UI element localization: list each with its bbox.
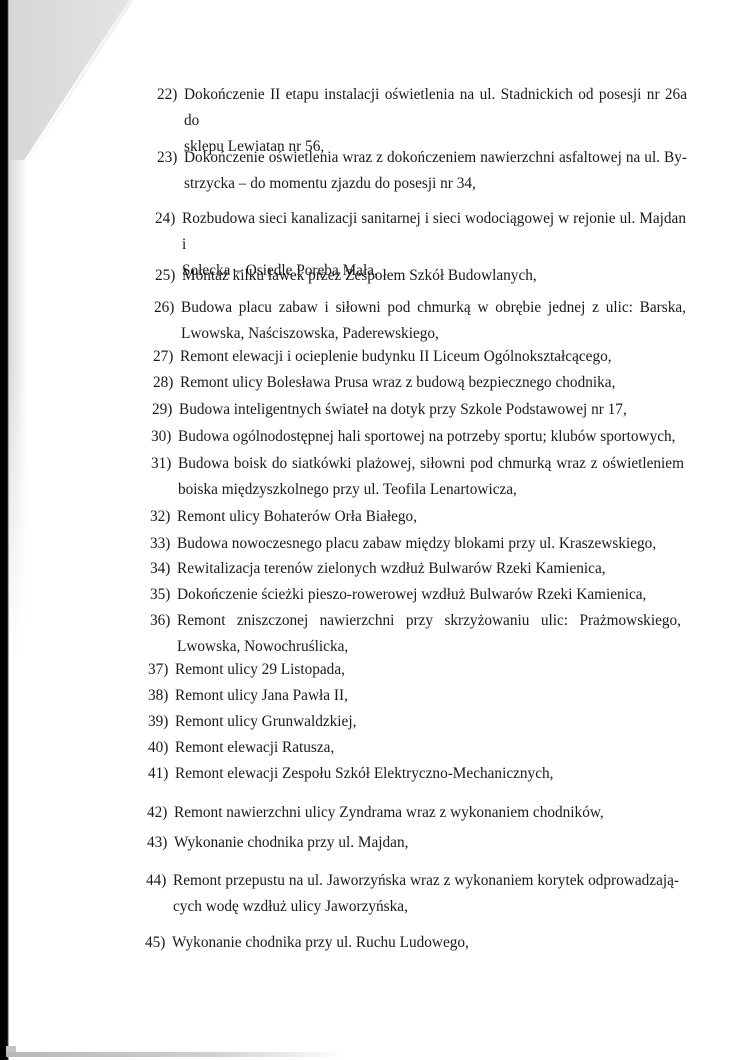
item-text-line: Budowa nowoczesnego placu zabaw między b… bbox=[177, 531, 657, 557]
item-number: 25) bbox=[155, 263, 175, 289]
list-item: 33)Budowa nowoczesnego placu zabaw międz… bbox=[150, 531, 657, 557]
item-number: 36) bbox=[150, 608, 170, 634]
item-text-line: Wykonanie chodnika przy ul. Majdan, bbox=[174, 830, 654, 856]
item-text: Remont ulicy Bohaterów Orła Białego, bbox=[177, 504, 657, 530]
item-text-line: Dokończenie II etapu instalacji oświetle… bbox=[184, 82, 687, 134]
item-number: 34) bbox=[150, 556, 170, 582]
item-text: Budowa ogólnodostępnej hali sportowej na… bbox=[178, 424, 658, 450]
list-item: 23)Dokończenie oświetlenia wraz z dokońc… bbox=[157, 145, 687, 197]
item-text-line: Remont ulicy 29 Listopada, bbox=[175, 657, 655, 683]
item-text-line: Montaż kilku ławek przez Zespołem Szkół … bbox=[182, 263, 642, 289]
item-text-line: Dokończenie ścieżki pieszo-rowerowej wzd… bbox=[177, 582, 657, 608]
item-text: Rewitalizacja terenów zielonych wzdłuż B… bbox=[177, 556, 657, 582]
item-number: 29) bbox=[152, 397, 172, 423]
item-text: Wykonanie chodnika przy ul. Majdan, bbox=[174, 830, 654, 856]
item-text-line: Remont ulicy Bohaterów Orła Białego, bbox=[177, 504, 657, 530]
list-item: 39)Remont ulicy Grunwaldzkiej, bbox=[148, 709, 655, 735]
item-text-continuation: boiska międzyszkolnego przy ul. Teofila … bbox=[178, 477, 684, 503]
list-item: 30)Budowa ogólnodostępnej hali sportowej… bbox=[151, 424, 658, 450]
item-number: 43) bbox=[147, 830, 167, 856]
item-text-continuation: cych wodę wzdłuż ulicy Jaworzyńska, bbox=[173, 894, 679, 920]
item-number: 35) bbox=[150, 582, 170, 608]
list-item: 44)Remont przepustu na ul. Jaworzyńska w… bbox=[146, 868, 679, 920]
item-number: 26) bbox=[154, 295, 174, 321]
item-text-line: Rewitalizacja terenów zielonych wzdłuż B… bbox=[177, 556, 657, 582]
item-text-line: Remont ulicy Bolesława Prusa wraz z budo… bbox=[180, 370, 660, 396]
item-text-line: Remont ulicy Jana Pawła II, bbox=[175, 683, 655, 709]
item-text: Remont ulicy Bolesława Prusa wraz z budo… bbox=[180, 370, 660, 396]
item-text: Budowa placu zabaw i siłowni pod chmurką… bbox=[181, 295, 686, 347]
item-text: Remont nawierzchni ulicy Zyndrama wraz z… bbox=[174, 800, 654, 826]
item-text-line: Remont elewacji Zespołu Szkół Elektryczn… bbox=[175, 761, 655, 787]
list-item: 37)Remont ulicy 29 Listopada, bbox=[148, 657, 655, 683]
item-text: Wykonanie chodnika przy ul. Ruchu Ludowe… bbox=[172, 930, 652, 956]
item-text-line: Rozbudowa sieci kanalizacji sanitarnej i… bbox=[182, 206, 686, 258]
item-number: 30) bbox=[151, 424, 171, 450]
item-text: Remont przepustu na ul. Jaworzyńska wraz… bbox=[173, 868, 679, 920]
list-item: 34)Rewitalizacja terenów zielonych wzdłu… bbox=[150, 556, 657, 582]
item-text: Remont zniszczonej nawierzchni przy skrz… bbox=[177, 608, 681, 660]
item-text: Dokończenie oświetlenia wraz z dokończen… bbox=[184, 145, 687, 197]
item-number: 45) bbox=[145, 930, 165, 956]
item-text-continuation: strzycka – do momentu zjazdu do posesji … bbox=[184, 171, 687, 197]
item-number: 24) bbox=[155, 206, 175, 232]
item-text-line: Remont elewacji i ocieplenie budynku II … bbox=[180, 344, 660, 370]
item-number: 39) bbox=[148, 709, 168, 735]
list-item: 41)Remont elewacji Zespołu Szkół Elektry… bbox=[148, 761, 655, 787]
list-item: 31)Budowa boisk do siatkówki plażowej, s… bbox=[151, 451, 684, 503]
item-text: Remont elewacji Ratusza, bbox=[175, 735, 655, 761]
item-number: 33) bbox=[150, 531, 170, 557]
item-text: Budowa nowoczesnego placu zabaw między b… bbox=[177, 531, 657, 557]
item-text: Montaż kilku ławek przez Zespołem Szkół … bbox=[182, 263, 642, 289]
list-item: 45)Wykonanie chodnika przy ul. Ruchu Lud… bbox=[145, 930, 652, 956]
item-number: 37) bbox=[148, 657, 168, 683]
list-item: 40)Remont elewacji Ratusza, bbox=[148, 735, 655, 761]
item-number: 28) bbox=[153, 370, 173, 396]
item-text-line: Budowa inteligentnych świateł na dotyk p… bbox=[179, 397, 659, 423]
item-number: 42) bbox=[147, 800, 167, 826]
item-text: Remont ulicy 29 Listopada, bbox=[175, 657, 655, 683]
item-text: Remont elewacji Zespołu Szkół Elektryczn… bbox=[175, 761, 655, 787]
item-text: Dokończenie ścieżki pieszo-rowerowej wzd… bbox=[177, 582, 657, 608]
item-number: 41) bbox=[148, 761, 168, 787]
item-text-line: Remont przepustu na ul. Jaworzyńska wraz… bbox=[173, 868, 679, 894]
item-number: 44) bbox=[146, 868, 166, 894]
item-number: 23) bbox=[157, 145, 177, 171]
item-text-line: Remont elewacji Ratusza, bbox=[175, 735, 655, 761]
item-text: Remont ulicy Jana Pawła II, bbox=[175, 683, 655, 709]
item-text-line: Dokończenie oświetlenia wraz z dokończen… bbox=[184, 145, 687, 171]
list-item: 35)Dokończenie ścieżki pieszo-rowerowej … bbox=[150, 582, 657, 608]
list-item: 32)Remont ulicy Bohaterów Orła Białego, bbox=[150, 504, 657, 530]
item-number: 27) bbox=[153, 344, 173, 370]
list-item: 28)Remont ulicy Bolesława Prusa wraz z b… bbox=[153, 370, 660, 396]
list-item: 25)Montaż kilku ławek przez Zespołem Szk… bbox=[155, 263, 642, 289]
item-text-line: Remont ulicy Grunwaldzkiej, bbox=[175, 709, 655, 735]
item-number: 31) bbox=[151, 451, 171, 477]
list-item: 38)Remont ulicy Jana Pawła II, bbox=[148, 683, 655, 709]
item-text: Budowa boisk do siatkówki plażowej, siło… bbox=[178, 451, 684, 503]
list-item: 43)Wykonanie chodnika przy ul. Majdan, bbox=[147, 830, 654, 856]
list-item: 26)Budowa placu zabaw i siłowni pod chmu… bbox=[154, 295, 686, 347]
item-text: Remont elewacji i ocieplenie budynku II … bbox=[180, 344, 660, 370]
item-text-line: Budowa boisk do siatkówki plażowej, siło… bbox=[178, 451, 684, 477]
item-number: 38) bbox=[148, 683, 168, 709]
document-item-list: 22)Dokończenie II etapu instalacji oświe… bbox=[0, 0, 750, 1060]
item-text: Budowa inteligentnych świateł na dotyk p… bbox=[179, 397, 659, 423]
item-number: 32) bbox=[150, 504, 170, 530]
list-item: 27)Remont elewacji i ocieplenie budynku … bbox=[153, 344, 660, 370]
item-text-line: Budowa ogólnodostępnej hali sportowej na… bbox=[178, 424, 658, 450]
item-text: Remont ulicy Grunwaldzkiej, bbox=[175, 709, 655, 735]
list-item: 36)Remont zniszczonej nawierzchni przy s… bbox=[150, 608, 681, 660]
item-number: 40) bbox=[148, 735, 168, 761]
item-text-line: Budowa placu zabaw i siłowni pod chmurką… bbox=[181, 295, 686, 321]
list-item: 29)Budowa inteligentnych świateł na doty… bbox=[152, 397, 659, 423]
item-number: 22) bbox=[157, 82, 177, 108]
item-text-line: Remont zniszczonej nawierzchni przy skrz… bbox=[177, 608, 681, 634]
list-item: 42)Remont nawierzchni ulicy Zyndrama wra… bbox=[147, 800, 654, 826]
item-text-line: Remont nawierzchni ulicy Zyndrama wraz z… bbox=[174, 800, 654, 826]
item-text-line: Wykonanie chodnika przy ul. Ruchu Ludowe… bbox=[172, 930, 652, 956]
